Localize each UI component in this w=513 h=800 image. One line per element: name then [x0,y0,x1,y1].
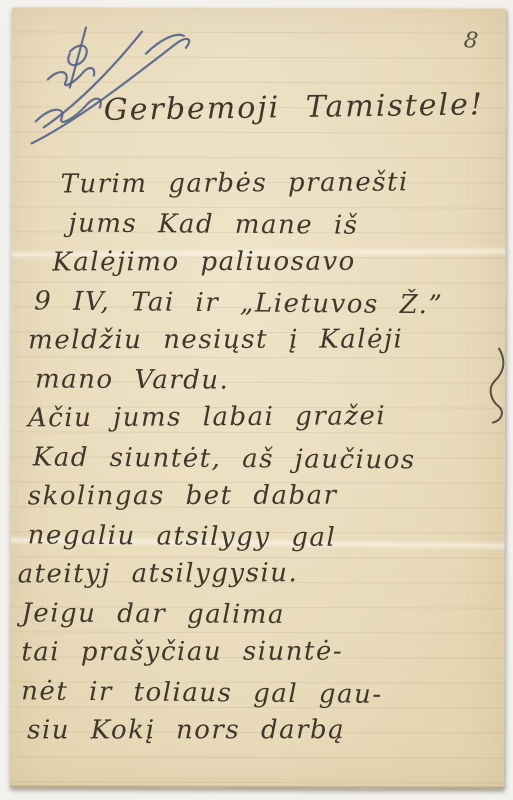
letter-line: meldžiu nesiųst į Kalėji [28,320,505,360]
letter-line: skolingas bet dabar [28,476,505,516]
letter-line: Ačiu jums labai gražei [28,396,505,438]
letter-line: Turim garbės pranešti [60,163,505,205]
letter-line: Kalėjimo paliuosavo [52,242,505,282]
page-number: 8 [463,28,480,54]
letter-line: siu Kokį nors darbą [27,711,504,750]
salutation: Gerbemoji Tamistele! [104,87,485,128]
letter-line: ateityj atsilygysiu. [17,553,504,594]
letter-body: Turim garbės praneštijums Kad mane išKal… [10,165,506,751]
letter-line: Jeigu dar galima [21,594,504,636]
letter-paper: 8 Gerbemoji Tamistele! Turim garbės pran… [10,7,506,788]
letter-line: Kad siuntėt, aš jaučiuos [33,438,505,481]
line-wrap-flourish [485,347,506,427]
letter-line: tai prašyčiau siuntė- [21,632,504,672]
letter-line: jums Kad mane iš [68,205,505,247]
letter-line: nėt ir toliaus gal gau- [21,672,504,716]
